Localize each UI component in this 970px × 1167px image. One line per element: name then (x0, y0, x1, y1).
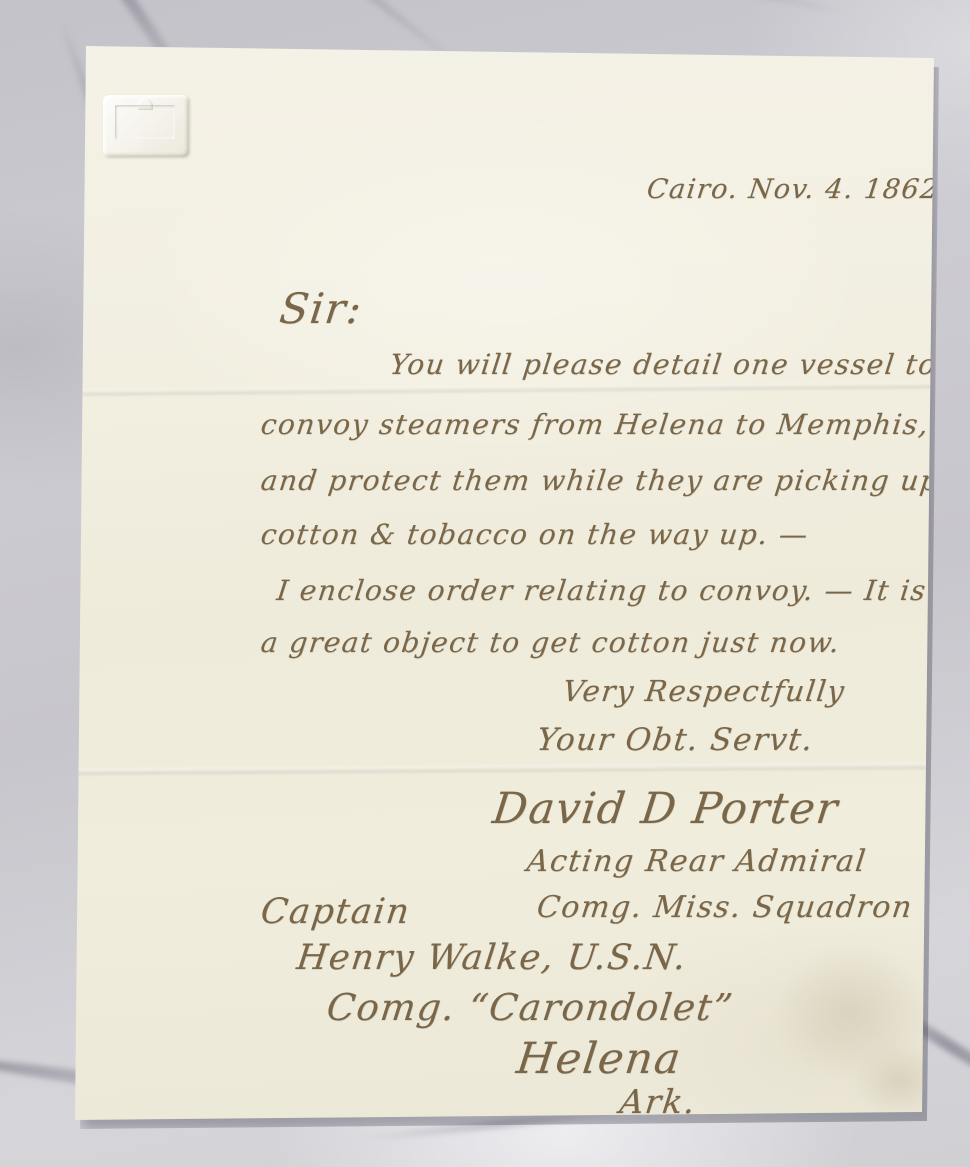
dateline: Cairo. Nov. 4. 1862 (645, 174, 941, 205)
embossed-stationery-stamp (103, 95, 189, 157)
marble-vein (563, 0, 858, 18)
paper-stain (855, 1046, 945, 1116)
signature-title: Acting Rear Admiral (525, 844, 869, 879)
emboss-inner-panel (115, 105, 175, 139)
body-line: and protect them while they are picking … (259, 464, 942, 497)
salutation: Sir: (277, 284, 365, 333)
body-line: cotton & tobacco on the way up. — (259, 518, 811, 551)
letter-paper: Cairo. Nov. 4. 1862 Sir: You will please… (75, 46, 935, 1122)
body-line: a great object to get cotton just now. (259, 626, 842, 659)
fold-crease-upper (75, 382, 935, 397)
recipient-place: Helena (514, 1034, 685, 1084)
fold-crease-lower (75, 763, 935, 776)
signature-title: Comg. Miss. Squadron (535, 890, 915, 925)
recipient-name: Henry Walke, U.S.N. (295, 938, 690, 978)
paper-stain (775, 946, 925, 1076)
closing-line: Your Obt. Servt. (535, 722, 816, 758)
closing-line: Very Respectfully (561, 674, 847, 708)
body-line: I enclose order relating to convoy. — It… (275, 574, 929, 607)
signature: David D Porter (490, 784, 842, 834)
recipient-command: Comg. “Carondolet” (324, 986, 736, 1029)
body-line: You will please detail one vessel to (388, 348, 939, 381)
letter-photo-scene: Cairo. Nov. 4. 1862 Sir: You will please… (0, 0, 970, 1167)
recipient-rank: Captain (259, 892, 413, 932)
body-line: convoy steamers from Helena to Memphis, (259, 408, 931, 441)
